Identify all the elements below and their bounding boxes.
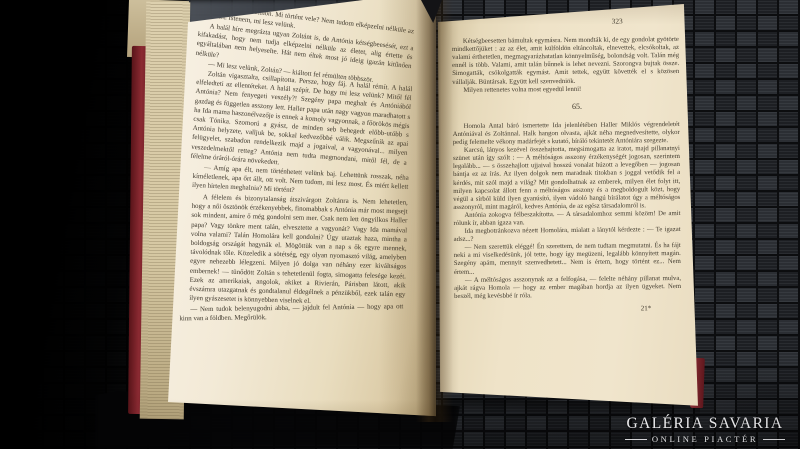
left-page-paragraph: — Nem tudok belenyugodni abba, — jajdult… <box>179 302 403 324</box>
watermark: GALÉRIA SAVARIA ONLINE PIACTÉR <box>616 415 794 444</box>
watermark-subtitle-text: ONLINE PIACTÉR <box>652 434 758 444</box>
right-page-paragraph: — A méltóságos asszonynak az a felfogása… <box>454 275 681 301</box>
right-page-text: 323 Kétségbeesetten bámultak egymásra. N… <box>452 17 682 314</box>
right-page-paragraph: Milyen rettenetes volna most egyedül len… <box>452 85 679 95</box>
left-page-paragraph: A félelem és bizonytalanság átszivárgott… <box>189 193 408 309</box>
right-page-paragraph: — Nem szerettük eléggé! Én szerettem, de… <box>454 242 681 276</box>
watermark-subtitle: ONLINE PIACTÉR <box>616 434 794 444</box>
book-product-photo: de ő már nincs otthon. Mi történt vele? … <box>0 0 800 449</box>
right-page-paragraph: Homola Antal báró ismertette Ida jelenlé… <box>453 121 680 147</box>
left-page: de ő már nincs otthon. Mi történt vele? … <box>150 0 436 425</box>
right-page-paragraph: Antónia zokogva félbeszakította. — A tár… <box>453 210 680 228</box>
watermark-title: GALÉRIA SAVARIA <box>616 415 794 433</box>
right-page-paragraph: Karcsú, lányos kezével összehajtotta, me… <box>453 145 681 212</box>
left-page-text: de ő már nincs otthon. Mi történt vele? … <box>187 2 416 333</box>
signature-mark: 21* <box>454 304 681 314</box>
watermark-dash-left <box>625 439 647 440</box>
left-page-paragraph: Zoltán vigasztalta, csillapította. Persz… <box>190 69 412 177</box>
watermark-dash-right <box>763 439 785 440</box>
chapter-heading: 65. <box>474 102 679 112</box>
right-page: 323 Kétségbeesetten bámultak egymásra. N… <box>432 4 702 414</box>
right-page-paragraph: Kétségbeesetten bámultak egymásra. Nem m… <box>452 36 679 87</box>
